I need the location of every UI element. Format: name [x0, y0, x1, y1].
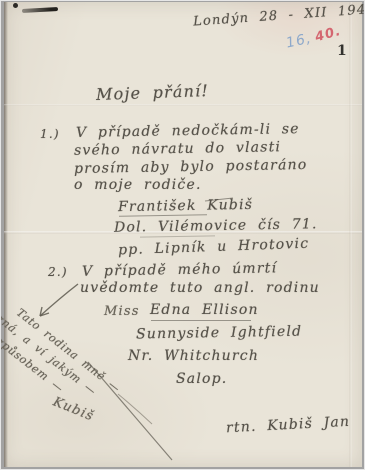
- item-1-number: 1.): [40, 127, 60, 141]
- paper-edge-shadow: [4, 2, 8, 467]
- contact-name: Edna Ellison: [150, 302, 259, 318]
- item-2-number: 2.): [48, 265, 68, 279]
- item-2-line-1: V případě mého úmrtí: [82, 260, 277, 279]
- item-2-line-2: uvědomte tuto angl. rodinu: [80, 280, 320, 296]
- ink-smear: [13, 3, 18, 8]
- contact-address-2: Nr. Whitchurch: [128, 348, 259, 364]
- item-1-line-4: o moje rodiče.: [74, 177, 202, 193]
- underline: [151, 320, 251, 321]
- contact-address-1: Sunnyside Ightfield: [136, 324, 302, 343]
- father-name: František Kubiš: [118, 197, 253, 215]
- contact-title: Miss: [104, 304, 140, 319]
- salutation: Moje přání!: [96, 81, 210, 104]
- contact-address-3: Salop.: [176, 371, 227, 387]
- page-number: 1: [337, 43, 348, 59]
- scanned-letter: Londýn 28 - XII 1941. 16, 40. 1 Moje přá…: [0, 0, 365, 470]
